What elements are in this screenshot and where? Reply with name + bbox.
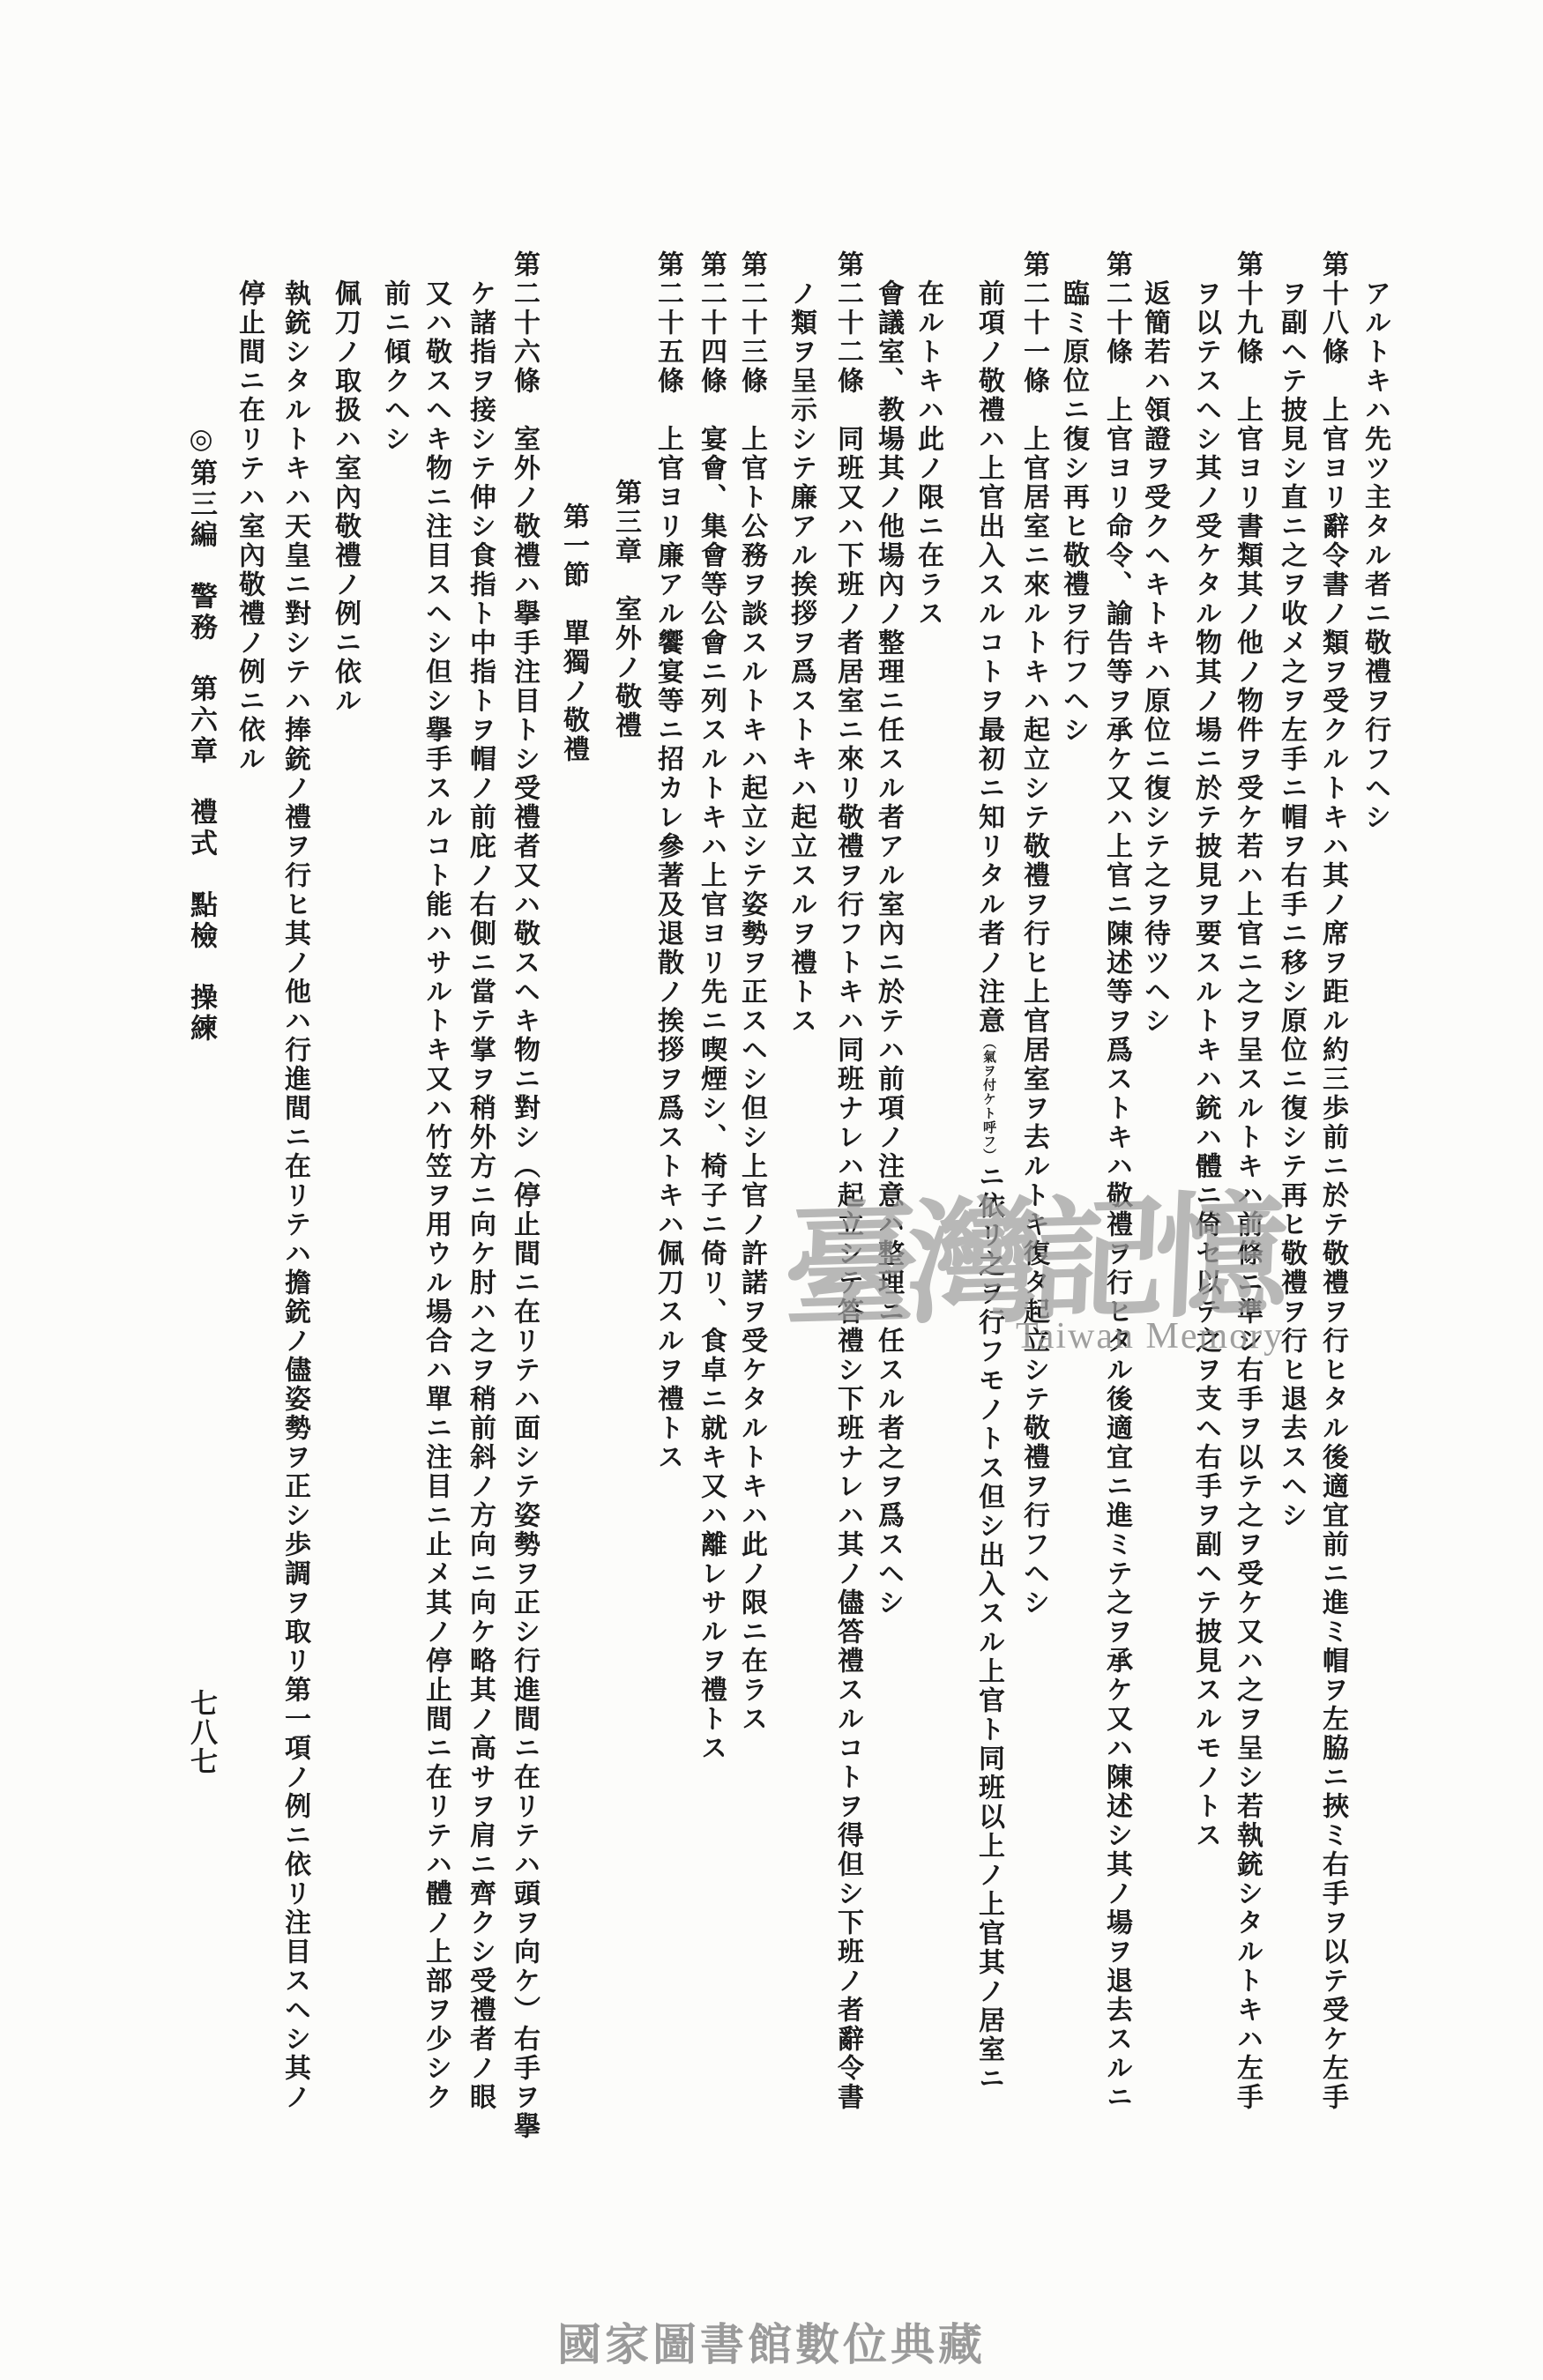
text-column: 第二十三條 上官ト公務ヲ談スルトキハ起立シテ姿勢ヲ正スヘシ但シ上官ノ許諾ヲ受ケタ… xyxy=(731,250,772,1734)
text-column: 執銃シタルトキハ天皇ニ對シテハ捧銃ノ禮ヲ行ヒ其ノ他ハ行進間ニ在リテハ擔銃ノ儘姿勢… xyxy=(274,279,316,2112)
text-column: 前項ノ敬禮ハ上官出入スルコトヲ最初ニ知リタル者ノ注意（氣ヲ付ケト呼フ）ニ依リ之ヲ… xyxy=(968,279,1010,2094)
text-column: ヲ以テスヘシ其ノ受ケタル物其ノ場ニ於テ披見ヲ要スルトキハ銃ハ體ニ倚セ以テ之ヲ支ヘ… xyxy=(1185,279,1226,1850)
text-column: 前ニ傾クヘシ xyxy=(374,279,415,454)
text-column: 第三章 室外ノ敬禮 xyxy=(605,479,646,740)
inline-annotation: （氣ヲ付ケト呼フ） xyxy=(981,1036,995,1163)
text-column: 第一節 單獨ノ敬禮 xyxy=(553,502,594,764)
digital-archive-footer-caption: 國家圖書館數位典藏 xyxy=(557,2309,986,2373)
scanned-document-page: アルトキハ先ツ主タル者ニ敬禮ヲ行フヘシ第十八條 上官ヨリ辭令書ノ類ヲ受クルトキハ… xyxy=(0,0,1543,2380)
text-column: ノ類ヲ呈示シテ廉アル挨拶ヲ爲ストキハ起立スルヲ禮トス xyxy=(780,279,822,1036)
text-column: 第二十四條 宴會、集會等公會ニ列スルトキハ上官ヨリ先ニ喫煙シ、椅子ニ倚リ、食卓ニ… xyxy=(690,250,732,1763)
text-column: 第二十條 上官ヨリ命令、諭告等ヲ承ケ又ハ上官ニ陳述等ヲ爲ストキハ敬禮ヲ行ヒタル後… xyxy=(1096,250,1137,2112)
text-column: 第二十五條 上官ヨリ廉アル饗宴等ニ招カレ參著及退散ノ挨拶ヲ爲ストキハ佩刀スルヲ禮… xyxy=(647,250,689,1472)
page-number: 七八七 xyxy=(182,1689,221,1776)
text-column: 停止間ニ在リテハ室內敬禮ノ例ニ依ル xyxy=(228,279,270,774)
text-column: 第二十一條 上官居室ニ來ルトキハ起立シテ敬禮ヲ行ヒ上官居室ヲ去ルトキ復タ起立シテ… xyxy=(1013,250,1055,1618)
text-column: 會議室、教場其ノ他場內ノ整理ニ任スル者アル室內ニ於テハ前項ノ注意ハ整理ニ任スル者… xyxy=(868,279,909,1618)
text-column: 在ルトキハ此ノ限ニ在ラス xyxy=(907,279,949,628)
volume-chapter-side-header: ◎第三編 警務 第六章 禮式 點檢 操練 xyxy=(182,423,221,1045)
text-column: 第十八條 上官ヨリ辭令書ノ類ヲ受クルトキハ其ノ席ヲ距ル約三歩前ニ於テ敬禮ヲ行ヒタ… xyxy=(1312,250,1353,2112)
text-column: 又ハ敬スヘキ物ニ注目スヘシ但シ擧手スルコト能ハサルトキ又ハ竹笠ヲ用ウル場合ハ單ニ… xyxy=(415,279,457,2112)
text-column: ヲ副ヘテ披見シ直ニ之ヲ收メ之ヲ左手ニ帽ヲ右手ニ移シ原位ニ復シテ再ヒ敬禮ヲ行ヒ退去… xyxy=(1271,279,1312,1530)
text-column: 第二十二條 同班又ハ下班ノ者居室ニ來リ敬禮ヲ行フトキハ同班ナレハ起立シテ答禮シ下… xyxy=(827,250,868,2112)
text-column: 佩刀ノ取扱ハ室內敬禮ノ例ニ依ル xyxy=(324,279,366,716)
text-column: 第十九條 上官ヨリ書類其ノ他ノ物件ヲ受ケ若ハ上官ニ之ヲ呈スルトキハ前條ニ準シ右手… xyxy=(1226,250,1268,2112)
text-column: 第二十六條 室外ノ敬禮ハ擧手注目トシ受禮者又ハ敬スヘキ物ニ對シ（停止間ニ在リテハ… xyxy=(503,250,545,2141)
text-column: 臨ミ原位ニ復シ再ヒ敬禮ヲ行フヘシ xyxy=(1053,279,1094,745)
text-column: ケ諸指ヲ接シテ伸シ食指ト中指トヲ帽ノ前庇ノ右側ニ當テ掌ヲ稍外方ニ向ケ肘ハ之ヲ稍前… xyxy=(459,279,501,2112)
text-column: アルトキハ先ツ主タル者ニ敬禮ヲ行フヘシ xyxy=(1354,279,1396,832)
text-column: 返簡若ハ領證ヲ受クヘキトキハ原位ニ復シテ之ヲ待ツヘシ xyxy=(1134,279,1175,1036)
